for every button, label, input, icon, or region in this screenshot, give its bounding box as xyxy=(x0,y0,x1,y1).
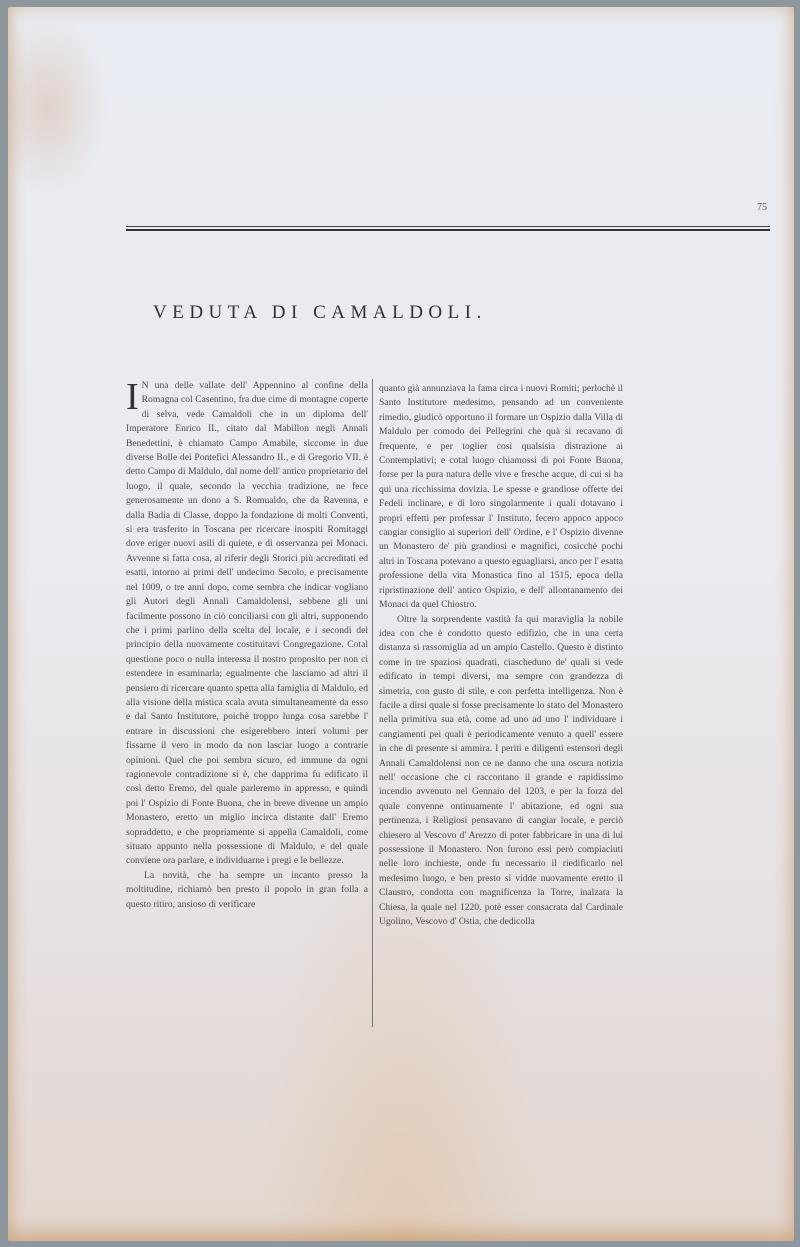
page-title: VEDUTA DI CAMALDOLI. xyxy=(153,302,673,324)
document-page: 75 VEDUTA DI CAMALDOLI. IN una delle val… xyxy=(8,7,794,1241)
right-column: quanto già annunziava la fama circa i nu… xyxy=(379,382,623,929)
drop-cap: I xyxy=(126,381,139,413)
page-number: 75 xyxy=(757,202,767,213)
left-column: IN una delle vallate dell' Appennino al … xyxy=(126,379,368,912)
paragraph-text: N una delle vallate dell' Appennino al c… xyxy=(126,380,368,866)
header-rule xyxy=(126,226,770,231)
paragraph: La novità, che ha sempre un incanto pres… xyxy=(126,869,368,912)
paragraph: quanto già annunziava la fama circa i nu… xyxy=(379,382,623,613)
paragraph: IN una delle vallate dell' Appennino al … xyxy=(126,379,368,869)
column-divider xyxy=(372,379,373,1027)
paragraph: Oltre la sorprendente vastità fa qui mar… xyxy=(379,613,623,930)
